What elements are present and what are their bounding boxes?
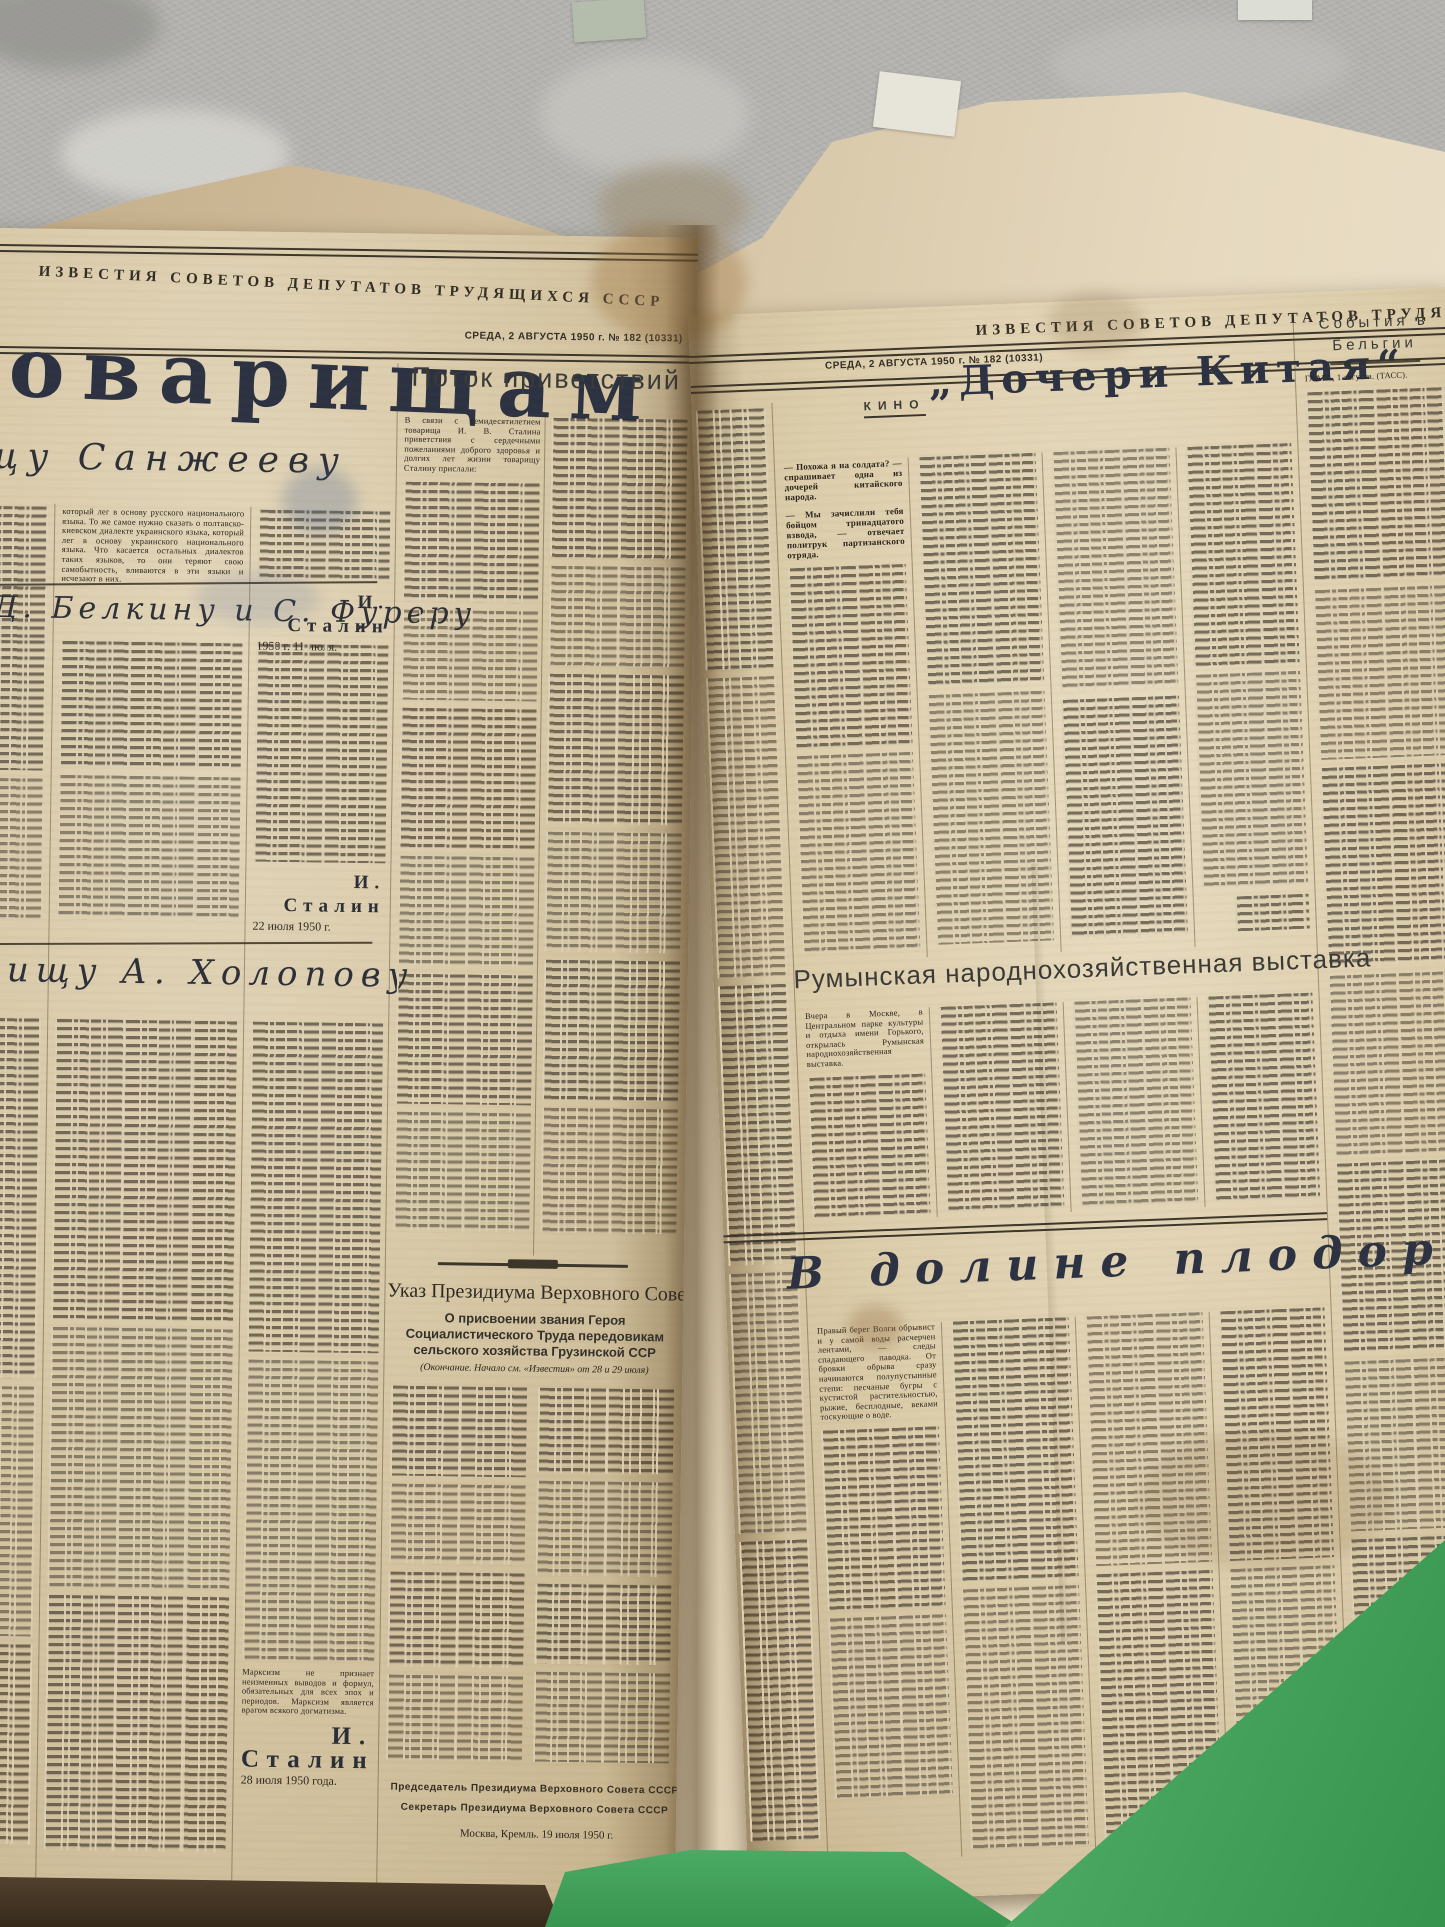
body-text-block (739, 1539, 820, 1841)
cinema-kicker: КИНО (863, 397, 926, 418)
body-text-block (918, 453, 1045, 687)
body-text-block (393, 1111, 531, 1233)
ornament (508, 1259, 558, 1269)
text-column (386, 1386, 527, 1762)
text-column (1185, 443, 1310, 933)
body-text-block (1185, 443, 1299, 667)
ukaz-subtitle: О присвоении звания Героя Социалистическ… (390, 1310, 681, 1362)
body-text-block (257, 510, 390, 584)
text-column (0, 1018, 41, 1845)
tape-piece (572, 0, 647, 42)
tape-piece (873, 71, 961, 137)
body-text-block (795, 752, 921, 956)
body-text-block (807, 1073, 930, 1217)
text-column (1207, 993, 1321, 1202)
body-text-block (57, 775, 241, 922)
body-text-block (542, 960, 680, 1102)
greetings-intro: В связи с семидесятилетием товарища И. В… (404, 416, 541, 475)
body-text-block (1194, 671, 1308, 890)
body-text-block (534, 1584, 671, 1666)
greetings-headline: Поток приветствий (403, 362, 689, 397)
body-text-block (961, 1585, 1089, 1849)
body-text-block (390, 1386, 527, 1478)
body-text-block (788, 564, 913, 748)
body-text-block (544, 832, 682, 954)
body-text-block (59, 641, 243, 770)
body-text-block (1085, 1312, 1213, 1566)
body-text-block (1207, 993, 1321, 1202)
body-text-block (718, 984, 799, 1266)
cinema-intro: — Похожа я на солдата? — спрашивает одна… (784, 458, 903, 503)
newspaper-photo: ИЗВЕСТИЯ СОВЕТОВ ДЕПУТАТОВ ТРУДЯЩИХСЯ СС… (0, 0, 1445, 1927)
body-text-block (0, 1386, 36, 1637)
text-column (57, 641, 243, 922)
body-text-block (401, 609, 538, 701)
body-text-block (1343, 1356, 1445, 1531)
tape-piece (1238, 0, 1312, 20)
letter3-signature: И. Сталин 28 июля 1950 года. (241, 1723, 374, 1789)
body-text-block (1328, 970, 1445, 1155)
text-column (540, 418, 687, 1235)
ukaz-signoff-secretary: Секретарь Президиума Верховного Совета С… (390, 1802, 668, 1818)
body-text-block (389, 1484, 526, 1566)
body-text-block (253, 644, 388, 864)
body-text-block (51, 1019, 237, 1322)
newspaper-left-page: ИЗВЕСТИЯ СОВЕТОВ ДЕПУТАТОВ ТРУДЯЩИХСЯ СС… (0, 228, 698, 1927)
wall-shadow (0, 0, 160, 70)
paint-patch (60, 108, 290, 200)
masthead-title: ИЗВЕСТИЯ СОВЕТОВ ДЕПУТАТОВ ТРУДЯЩИХСЯ СС… (11, 260, 691, 313)
text-column (951, 1317, 1089, 1849)
body-text-block (951, 1317, 1079, 1581)
text-column (0, 640, 47, 919)
body-text-block (0, 1644, 33, 1845)
ukaz-title: Указ Президиума Верховного Совета СССР (387, 1277, 698, 1308)
paint-patch (1050, 20, 1350, 110)
body-text-block (0, 640, 47, 771)
text-column (918, 453, 1055, 945)
body-text-block (550, 418, 688, 560)
column-rule (1063, 1002, 1072, 1212)
ukaz-note: (Окончание. Начало см. «Известия» от 28 … (389, 1362, 679, 1378)
body-text-block (1305, 386, 1445, 581)
text-column: Марксизм не признает неизменных выводов … (241, 1022, 384, 1790)
body-text-block (397, 855, 535, 967)
body-text-block (0, 778, 45, 919)
column-rule (1197, 997, 1206, 1207)
body-text-block (47, 1327, 233, 1590)
body-text-block (387, 1572, 524, 1669)
body-text-block (1313, 584, 1445, 759)
ukaz-signoff-chair: Председатель Президиума Верховного Совет… (390, 1782, 668, 1798)
body-text-block (247, 1022, 384, 1354)
text-column (44, 1019, 238, 1852)
body-text-block (1219, 1307, 1335, 1561)
body-text-block (1073, 997, 1199, 1206)
body-text-block (540, 1108, 678, 1235)
text-column: который лег в основу русского национальн… (61, 507, 244, 586)
body-text-block (828, 1614, 953, 1798)
body-text-block (546, 674, 684, 826)
letter3-closing: Марксизм не признает неизменных выводов … (242, 1667, 375, 1717)
letter2-signature: И. Сталин 22 июля 1950 г. (252, 870, 385, 936)
body-text-block (706, 676, 787, 978)
text-column (939, 1002, 1065, 1211)
belgium-headline: События в Бельгии (1300, 309, 1445, 359)
signature-block (1234, 894, 1309, 932)
romanian-intro: Вчера в Москве, в Центральном парке куль… (805, 1007, 925, 1069)
letter1-excerpt: который лег в основу русского национальн… (61, 507, 244, 586)
body-text-block (696, 408, 776, 670)
body-text-block (729, 1271, 809, 1533)
body-text-block (1320, 762, 1445, 967)
text-column: Правый берег Волги обрывист и у самой во… (817, 1322, 953, 1798)
cinema-intro: — Мы зачислили тебя бойцом тринадцатого … (786, 506, 906, 560)
body-text-block (533, 1672, 670, 1764)
letter3-addressee: Товарищу А. Холопову (0, 948, 415, 996)
text-column: — Похожа я на солдата? — спрашивает одна… (784, 458, 921, 956)
body-text-block (395, 973, 533, 1105)
text-column (1073, 997, 1199, 1206)
column-rule (929, 1007, 938, 1217)
body-text-block (402, 481, 540, 603)
text-column (533, 1388, 674, 1764)
body-text-block (548, 566, 685, 668)
body-text-block (0, 1018, 41, 1379)
body-text-block (536, 1481, 673, 1578)
rule (0, 244, 698, 262)
body-text-block (821, 1426, 946, 1610)
text-column (1051, 448, 1188, 940)
body-text-block (399, 707, 537, 849)
body-text-block (242, 1360, 378, 1662)
body-text-block (939, 1002, 1065, 1211)
body-text-block (1061, 695, 1188, 939)
body-text-block (537, 1388, 674, 1475)
body-text-block (927, 691, 1055, 945)
body-text-block (386, 1675, 523, 1762)
body-text-block (1051, 448, 1178, 692)
ukaz-place-date: Москва, Кремль. 19 июля 1950 г. (460, 1827, 613, 1843)
body-text-block (44, 1595, 230, 1853)
paint-patch (540, 55, 750, 175)
letter1-addressee: Товарищу Санжееву (0, 433, 348, 482)
valley-intro: Правый берег Волги обрывист и у самой во… (817, 1322, 939, 1422)
text-column: И. Сталин 22 июля 1950 г. (252, 644, 388, 936)
text-column: Вчера в Москве, в Центральном парке куль… (805, 1007, 931, 1217)
text-column: В связи с семидесятилетием товарища И. В… (393, 416, 540, 1233)
section-rule (0, 942, 372, 945)
